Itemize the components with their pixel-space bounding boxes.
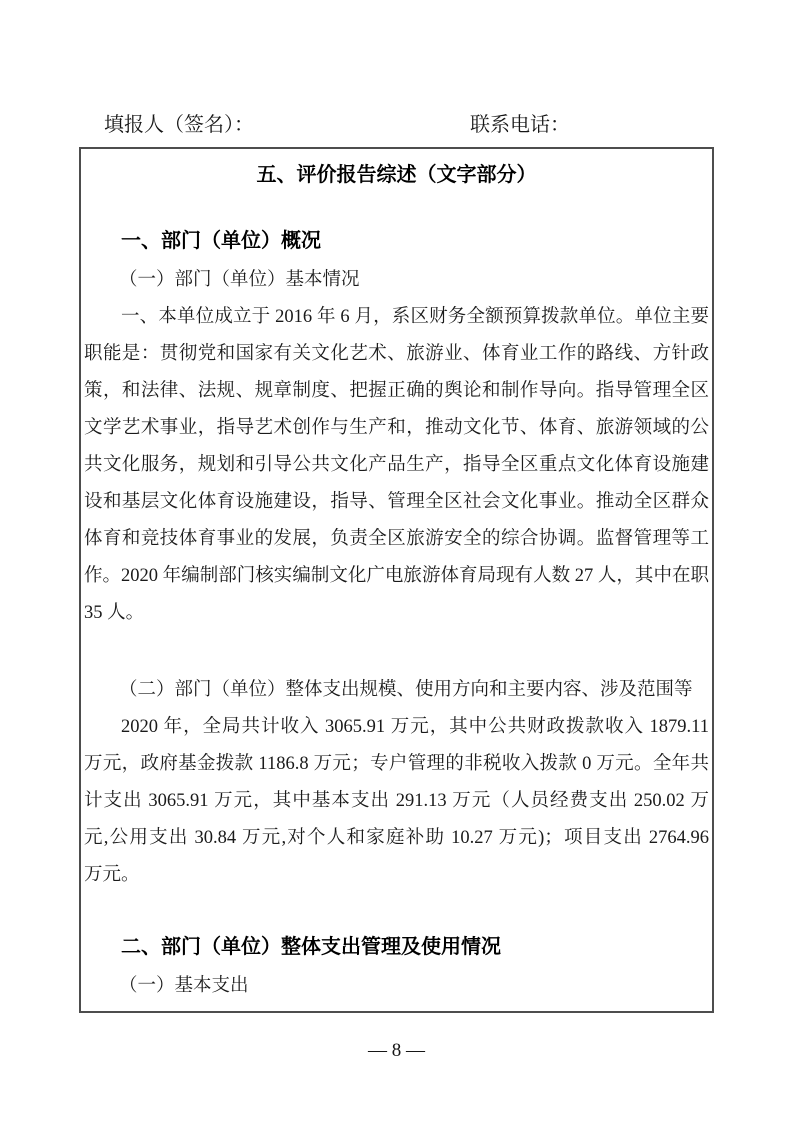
contact-phone-label: 联系电话： <box>470 107 570 144</box>
report-summary-box: 五、评价报告综述（文字部分） 一、部门（单位）概况 （一）部门（单位）基本情况 … <box>79 147 714 1013</box>
section1-heading: 一、部门（单位）概况 <box>84 223 709 260</box>
paragraph-line: 文学艺术事业，指导艺术创作与生产和，推动文化节、体育、旅游领域的公 <box>84 410 709 447</box>
paragraph-line: 职能是：贯彻党和国家有关文化艺术、旅游业、体育业工作的路线、方针政 <box>84 336 709 373</box>
paragraph-line: 元,公用支出 30.84 万元,对个人和家庭补助 10.27 万元)；项目支出 … <box>84 820 709 857</box>
paragraph-line: 体育和竞技体育事业的发展，负责全区旅游安全的综合协调。监督管理等工 <box>84 521 709 558</box>
paragraph-line: 策，和法律、法规、规章制度、把握正确的舆论和制作导向。指导管理全区 <box>84 373 709 410</box>
section1-subheading: （一）部门（单位）基本情况 <box>84 262 709 299</box>
paragraph-line: 2020 年，全局共计收入 3065.91 万元，其中公共财政拨款收入 1879… <box>84 709 709 746</box>
paragraph-line: 计支出 3065.91 万元，其中基本支出 291.13 万元（人员经费支出 2… <box>84 783 709 820</box>
filler-signature-label: 填报人（签名）： <box>104 107 254 144</box>
paragraph-line: 作。2020 年编制部门核实编制文化广电旅游体育局现有人数 27 人，其中在职 <box>84 558 709 595</box>
report-box-title: 五、评价报告综述（文字部分） <box>84 157 709 194</box>
section3-subheading: （一）基本支出 <box>84 968 709 1005</box>
signature-row: 填报人（签名）： 联系电话： <box>0 107 793 144</box>
paragraph-line: 共文化服务，规划和引导公共文化产品生产，指导全区重点文化体育设施建 <box>84 447 709 484</box>
document-page: 填报人（签名）： 联系电话： 五、评价报告综述（文字部分） 一、部门（单位）概况… <box>0 0 793 1122</box>
paragraph-line: 35 人。 <box>84 595 709 632</box>
paragraph-line: 万元。 <box>84 857 709 894</box>
page-number: — 8 — <box>0 1032 793 1069</box>
paragraph-line: 设和基层文化体育设施建设，指导、管理全区社会文化事业。推动全区群众 <box>84 484 709 521</box>
section3-heading: 二、部门（单位）整体支出管理及使用情况 <box>84 929 709 966</box>
section2-subheading: （二）部门（单位）整体支出规模、使用方向和主要内容、涉及范围等 <box>84 672 709 709</box>
paragraph-line: 一、本单位成立于 2016 年 6 月，系区财务全额预算拨款单位。单位主要 <box>84 299 709 336</box>
paragraph-line: 万元，政府基金拨款 1186.8 万元；专户管理的非税收入拨款 0 万元。全年共 <box>84 746 709 783</box>
